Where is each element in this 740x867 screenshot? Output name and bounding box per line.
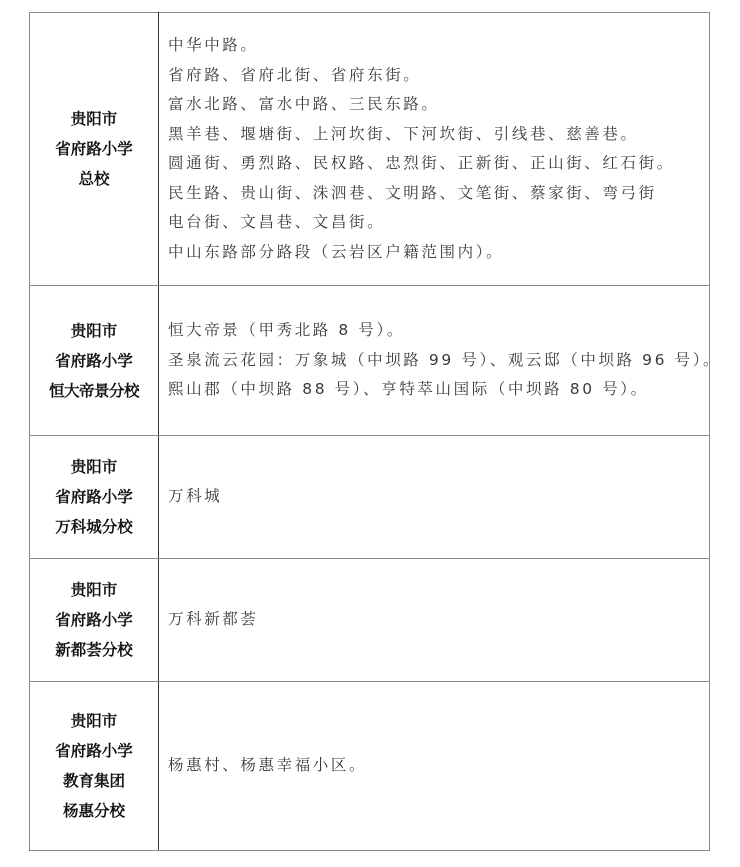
school-name-cell: 贵阳市 省府路小学 教育集团 杨惠分校 <box>30 682 159 851</box>
table-row: 贵阳市 省府路小学 恒大帝景分校 恒大帝景（甲秀北路 8 号）。 圣泉流云花园：… <box>30 286 710 436</box>
district-area-line: 富水北路、富水中路、三民东路。 <box>168 90 709 120</box>
district-area-cell: 中华中路。 省府路、省府北街、省府东街。 富水北路、富水中路、三民东路。 黑羊巷… <box>159 13 710 286</box>
district-area-line: 中华中路。 <box>168 31 709 61</box>
school-name-cell: 贵阳市 省府路小学 总校 <box>30 13 159 286</box>
district-area-line: 万科新都荟 <box>168 605 709 635</box>
school-name-line: 省府路小学 <box>30 605 158 635</box>
school-name-line: 贵阳市 <box>30 104 158 134</box>
table-row: 贵阳市 省府路小学 新都荟分校 万科新都荟 <box>30 559 710 682</box>
district-area-line: 万科城 <box>168 482 709 512</box>
school-name-line: 贵阳市 <box>30 575 158 605</box>
school-name-line: 省府路小学 <box>30 134 158 164</box>
district-area-cell: 恒大帝景（甲秀北路 8 号）。 圣泉流云花园：万象城（中坝路 99 号）、观云邸… <box>159 286 710 436</box>
school-name-line: 杨惠分校 <box>30 796 158 826</box>
district-area-line: 黑羊巷、堰塘街、上河坎街、下河坎街、引线巷、慈善巷。 <box>168 120 709 150</box>
school-name-line: 省府路小学 <box>30 482 158 512</box>
district-area-line: 圣泉流云花园：万象城（中坝路 99 号）、观云邸（中坝路 96 号）。 <box>168 346 709 376</box>
school-name-line: 省府路小学 <box>30 736 158 766</box>
school-name-line: 总校 <box>30 164 158 194</box>
school-name-line: 贵阳市 <box>30 706 158 736</box>
district-area-line: 电台街、文昌巷、文昌街。 <box>168 208 709 238</box>
school-name-cell: 贵阳市 省府路小学 新都荟分校 <box>30 559 159 682</box>
school-name-line: 恒大帝景分校 <box>30 376 158 406</box>
school-name-line: 省府路小学 <box>30 346 158 376</box>
district-area-line: 省府路、省府北街、省府东街。 <box>168 61 709 91</box>
school-name-line: 贵阳市 <box>30 316 158 346</box>
district-area-line: 恒大帝景（甲秀北路 8 号）。 <box>168 316 709 346</box>
school-name-line: 万科城分校 <box>30 512 158 542</box>
school-name-cell: 贵阳市 省府路小学 万科城分校 <box>30 436 159 559</box>
school-name-line: 教育集团 <box>30 766 158 796</box>
school-name-cell: 贵阳市 省府路小学 恒大帝景分校 <box>30 286 159 436</box>
district-area-cell: 万科新都荟 <box>159 559 710 682</box>
table-row: 贵阳市 省府路小学 万科城分校 万科城 <box>30 436 710 559</box>
district-area-line: 民生路、贵山街、洙泗巷、文明路、文笔街、蔡家街、弯弓街 <box>168 179 709 209</box>
table-row: 贵阳市 省府路小学 总校 中华中路。 省府路、省府北街、省府东街。 富水北路、富… <box>30 13 710 286</box>
district-area-cell: 万科城 <box>159 436 710 559</box>
table-row: 贵阳市 省府路小学 教育集团 杨惠分校 杨惠村、杨惠幸福小区。 <box>30 682 710 851</box>
school-district-table: 贵阳市 省府路小学 总校 中华中路。 省府路、省府北街、省府东街。 富水北路、富… <box>29 12 710 851</box>
district-area-line: 中山东路部分路段（云岩区户籍范围内）。 <box>168 238 709 268</box>
school-name-line: 新都荟分校 <box>30 635 158 665</box>
district-area-line: 熙山郡（中坝路 88 号）、亨特萃山国际（中坝路 80 号）。 <box>168 375 709 405</box>
district-area-line: 杨惠村、杨惠幸福小区。 <box>168 751 709 781</box>
district-area-cell: 杨惠村、杨惠幸福小区。 <box>159 682 710 851</box>
school-name-line: 贵阳市 <box>30 452 158 482</box>
district-area-line: 圆通街、勇烈路、民权路、忠烈街、正新街、正山街、红石街。 <box>168 149 709 179</box>
